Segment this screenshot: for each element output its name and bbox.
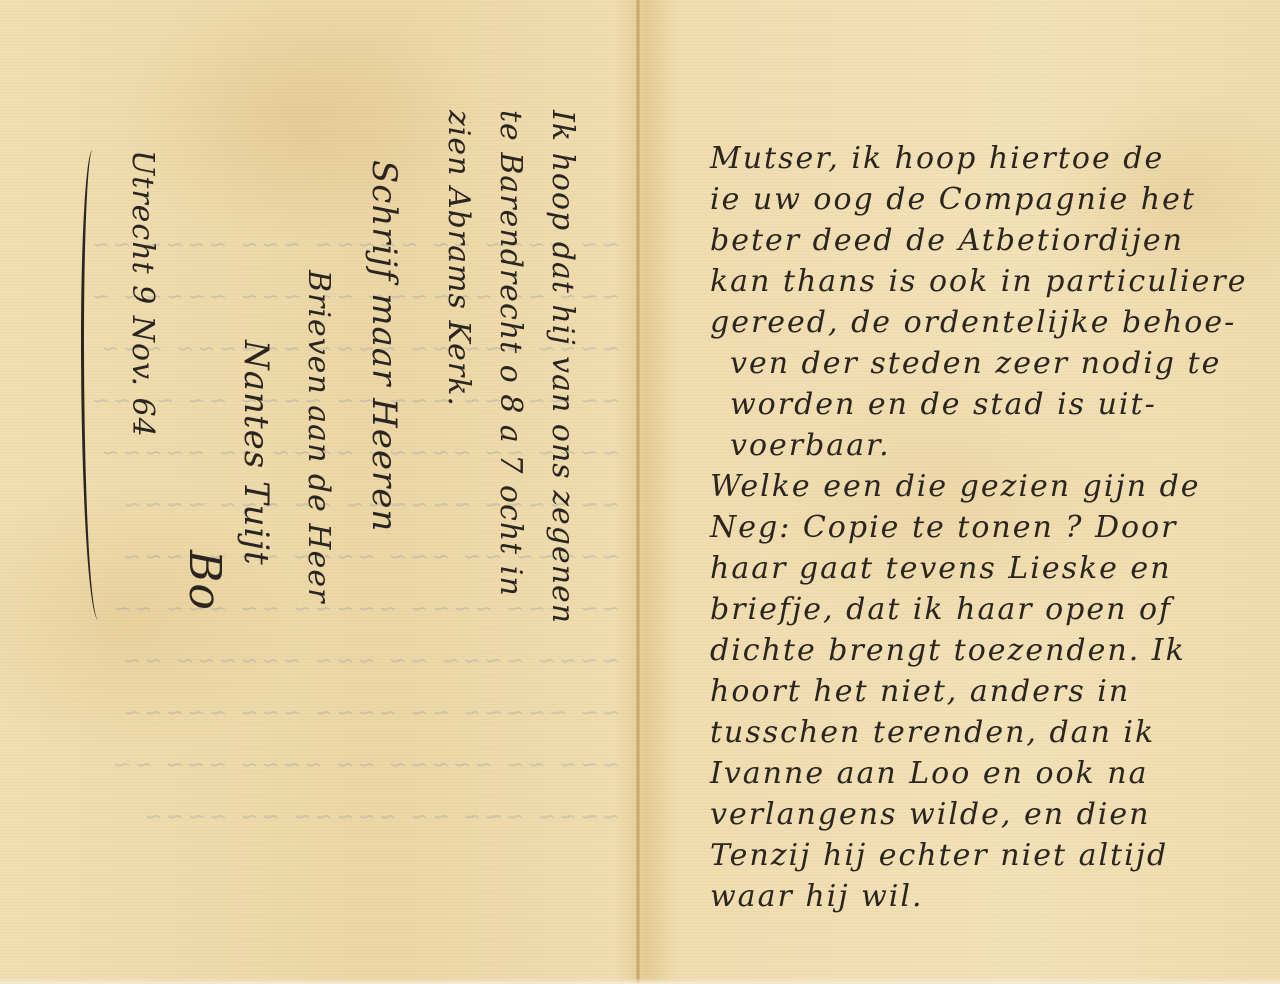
body-line: ven der steden zeer nodig te (710, 343, 1270, 384)
signature-name: Nantes Tuijt (236, 340, 276, 566)
body-line: voerbaar. (710, 425, 1270, 466)
closing-line: Schrijf maar Heeren (364, 160, 404, 532)
paper-bottom-edge (0, 978, 1280, 984)
closing-line: Ik hoop dat hij van ons zegenen (545, 110, 580, 624)
body-line: worden en de stad is uit- (710, 384, 1270, 425)
bleed-line: ~~ ~~~~~ ~~ ~~~~ ~~~ ~~~~~ (20, 688, 620, 740)
bleed-line: ~~ ~~~~ ~~ ~~~~~ ~~~ ~~~~ ~~ (20, 220, 620, 272)
bleed-line: ~~~ ~~ ~~~~~ ~~ ~~~~ ~~~ ~~ (20, 740, 620, 792)
body-line: Welke een die gezien gijn de (710, 466, 1270, 507)
body-line: gereed, de ordentelijke behoe- (710, 302, 1270, 343)
body-line: hoort het niet, anders in (710, 671, 1270, 712)
body-line: dichte brengt toezenden. Ik (710, 630, 1270, 671)
body-line: Neg: Copie te tonen ? Door (710, 507, 1270, 548)
body-line: waar hij wil. (710, 876, 1270, 917)
body-line: verlangens wilde, en dien (710, 794, 1270, 835)
body-line: Tenzij hij echter niet altijd (710, 835, 1270, 876)
body-line: Ivanne aan Loo en ook na (710, 753, 1270, 794)
closing-line: Brieven aan de Heer (301, 270, 336, 603)
body-line: beter deed de Atbetiordijen (710, 220, 1270, 261)
body-line: briefje, dat ik haar open of (710, 589, 1270, 630)
body-line: ie uw oog de Compagnie het (710, 179, 1270, 220)
left-page: ~~ ~~~~ ~~ ~~~~~ ~~~ ~~~~ ~~ ~~~ ~~ ~~~~… (0, 0, 636, 984)
closing-line: zien Abrams Kerk. (441, 110, 476, 407)
right-page: Mutser, ik hoop hiertoe de ie uw oog de … (640, 0, 1280, 984)
body-line: kan thans is ook in particuliere (710, 261, 1270, 302)
bleed-line: ~~~~ ~~~~ ~~ ~~~ ~~~~~~ ~~ (20, 636, 620, 688)
signature-initials: Bo (179, 550, 230, 611)
letter-spread: ~~ ~~~~ ~~ ~~~~~ ~~~ ~~~~ ~~ ~~~ ~~ ~~~~… (0, 0, 1280, 984)
letter-body: Mutser, ik hoop hiertoe de ie uw oog de … (710, 138, 1270, 917)
closing-line: te Barendrecht o 8 a 7 ocht in (493, 110, 528, 597)
body-line: haar gaat tevens Lieske en (710, 548, 1270, 589)
place-date: Utrecht 9 Nov. 64 (125, 150, 160, 438)
body-line: tusschen terenden, dan ik (710, 712, 1270, 753)
body-line: Mutser, ik hoop hiertoe de (710, 138, 1270, 179)
bleed-line: ~~~~ ~~~ ~~ ~~~~~ ~~ ~~~~ (20, 792, 620, 844)
